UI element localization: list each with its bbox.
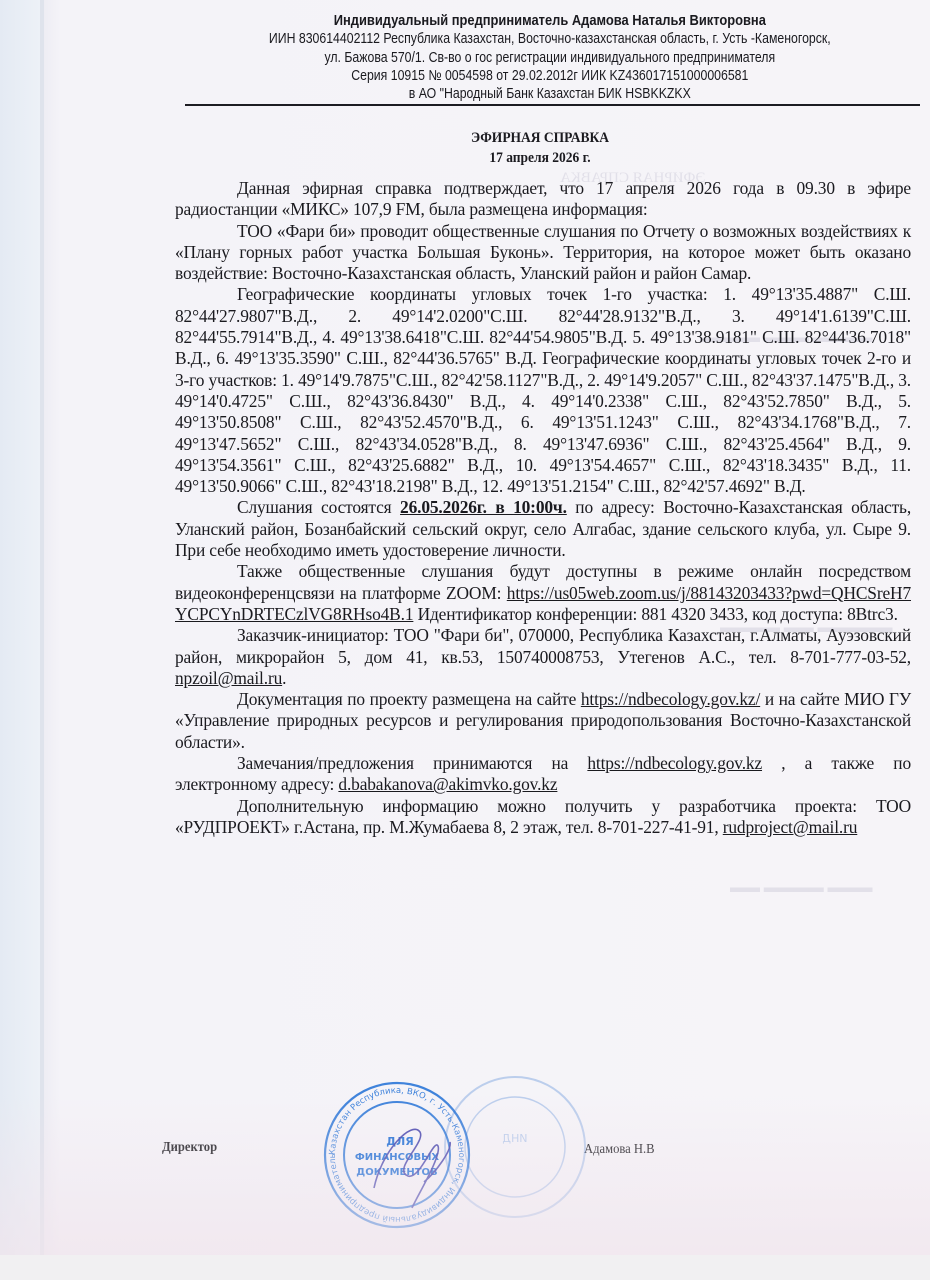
hearing-datetime: 26.05.2026г. в 10:00ч. bbox=[400, 497, 567, 517]
paragraph-hearing-venue: Слушания состоятся 26.05.2026г. в 10:00ч… bbox=[175, 497, 911, 561]
letterhead: Индивидуальный предприниматель Адамова Н… bbox=[180, 12, 920, 103]
customer-email-link[interactable]: npzoil@mail.ru bbox=[175, 668, 282, 688]
svg-text:ИНД: ИНД bbox=[502, 1132, 528, 1145]
letterhead-series-iik: Серия 10915 № 0054598 от 29.02.2012г ИИК… bbox=[180, 67, 920, 85]
paragraph-online-access: Также общественные слушания будут доступ… bbox=[175, 561, 911, 625]
document-heading: ЭФИРНАЯ СПРАВКА 17 апреля 2026 г. bbox=[207, 128, 873, 168]
developer-email-link[interactable]: rudproject@mail.ru bbox=[723, 817, 858, 837]
letterhead-divider bbox=[185, 104, 920, 106]
letterhead-title: Индивидуальный предприниматель Адамова Н… bbox=[180, 12, 920, 30]
paragraph-hearing-subject: ТОО «Фари би» проводит общественные слуш… bbox=[175, 221, 911, 285]
paragraph-developer: Дополнительную информацию можно получить… bbox=[175, 796, 911, 839]
letterhead-iin-address: ИИН 830614402112 Республика Казахстан, В… bbox=[180, 30, 920, 48]
document-title: ЭФИРНАЯ СПРАВКА bbox=[207, 128, 873, 148]
paragraph-coordinates: Географические координаты угловых точек … bbox=[175, 284, 911, 497]
paragraph-comments: Замечания/предложения принимаются на htt… bbox=[175, 753, 911, 796]
ndbecology-link[interactable]: https://ndbecology.gov.kz/ bbox=[581, 689, 760, 709]
document-body: Данная эфирная справка подтверждает, что… bbox=[175, 178, 911, 838]
signatory-role: Директор bbox=[162, 1140, 217, 1156]
scanned-document-page: ЭФИРНАЯ СПРАВКА ▬▬▬▬ ▬▬▬ ▬▬▬▬ ▬▬▬▬▬ ▬▬ ▬… bbox=[0, 0, 930, 1255]
paragraph-documentation: Документация по проекту размещена на сай… bbox=[175, 689, 911, 753]
paragraph-broadcast-confirmation: Данная эфирная справка подтверждает, что… bbox=[175, 178, 911, 221]
comments-email-link[interactable]: d.babakanova@akimvko.gov.kz bbox=[338, 774, 557, 794]
paragraph-customer: Заказчик-инициатор: ТОО "Фари би", 07000… bbox=[175, 625, 911, 689]
signatory-name: Адамова Н.В bbox=[584, 1142, 655, 1158]
comments-site-link[interactable]: https://ndbecology.gov.kz bbox=[587, 753, 762, 773]
show-through-text: ▬▬▬ ▬▬▬▬ ▬▬ bbox=[730, 880, 873, 897]
svg-text:ДОКУМЕНТОВ: ДОКУМЕНТОВ bbox=[356, 1167, 437, 1178]
official-seal-icon: Казахстан Республика, ВКО, г. Усть-Камен… bbox=[312, 1080, 482, 1230]
letterhead-bank: в АО "Народный Банк Казахстан БИК HSBKKZ… bbox=[180, 85, 920, 103]
document-date: 17 апреля 2026 г. bbox=[207, 148, 873, 168]
letterhead-street-registration: ул. Бажова 570/1. Св-во о гос регистраци… bbox=[180, 49, 920, 67]
